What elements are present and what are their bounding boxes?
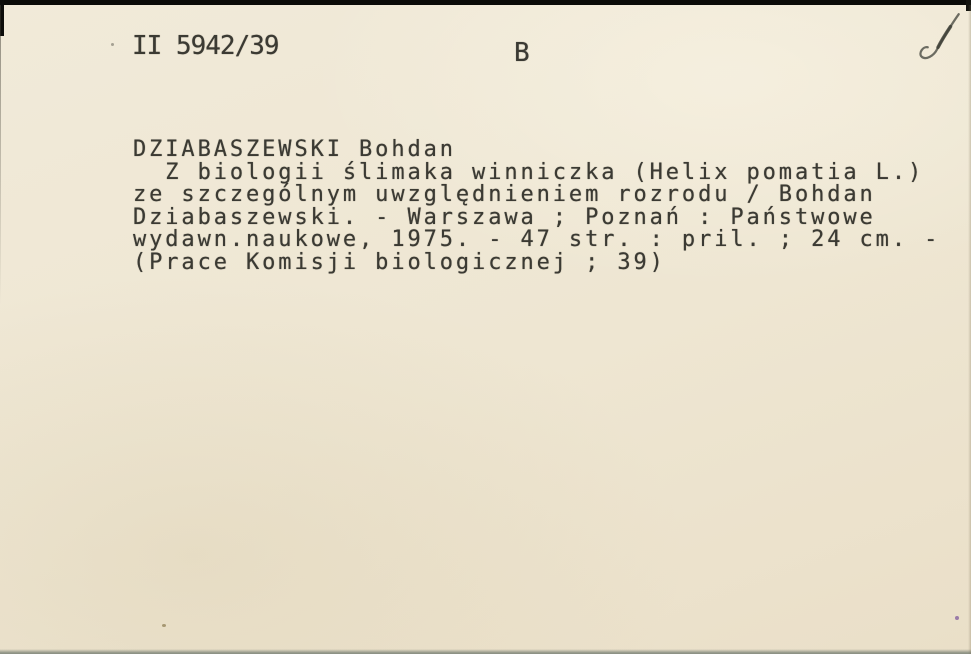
catalog-line: Dziabaszewski. - Warszawa ; Poznań : Pań…: [133, 207, 940, 230]
scan-edge-top: [0, 0, 971, 5]
scan-edge-bottom: [0, 649, 971, 654]
ink-dot: [955, 616, 959, 620]
section-letter: B: [514, 40, 529, 66]
catalog-line: wydawn.naukowe, 1975. - 47 str. : pril. …: [133, 229, 940, 252]
catalog-line: ze szczególnym uwzględnieniem rozrodu / …: [133, 184, 940, 207]
bibliographic-entry: DZIABASZEWSKI Bohdan Z biologii ślimaka …: [133, 139, 940, 275]
paper-speck: [162, 624, 166, 627]
pen-checkmark-icon: [905, 8, 967, 70]
call-number: II 5942/39: [132, 33, 279, 59]
catalog-line-title: Z biologii ślimaka winniczka (Helix poma…: [133, 162, 940, 185]
paper-speck: [111, 43, 114, 46]
scan-edge-left: [0, 5, 1, 305]
catalog-line-heading: DZIABASZEWSKI Bohdan: [133, 139, 940, 162]
catalog-line-series: (Prace Komisji biologicznej ; 39): [133, 252, 940, 275]
catalog-card-scan: II 5942/39 B DZIABASZEWSKI Bohdan Z biol…: [0, 0, 971, 654]
